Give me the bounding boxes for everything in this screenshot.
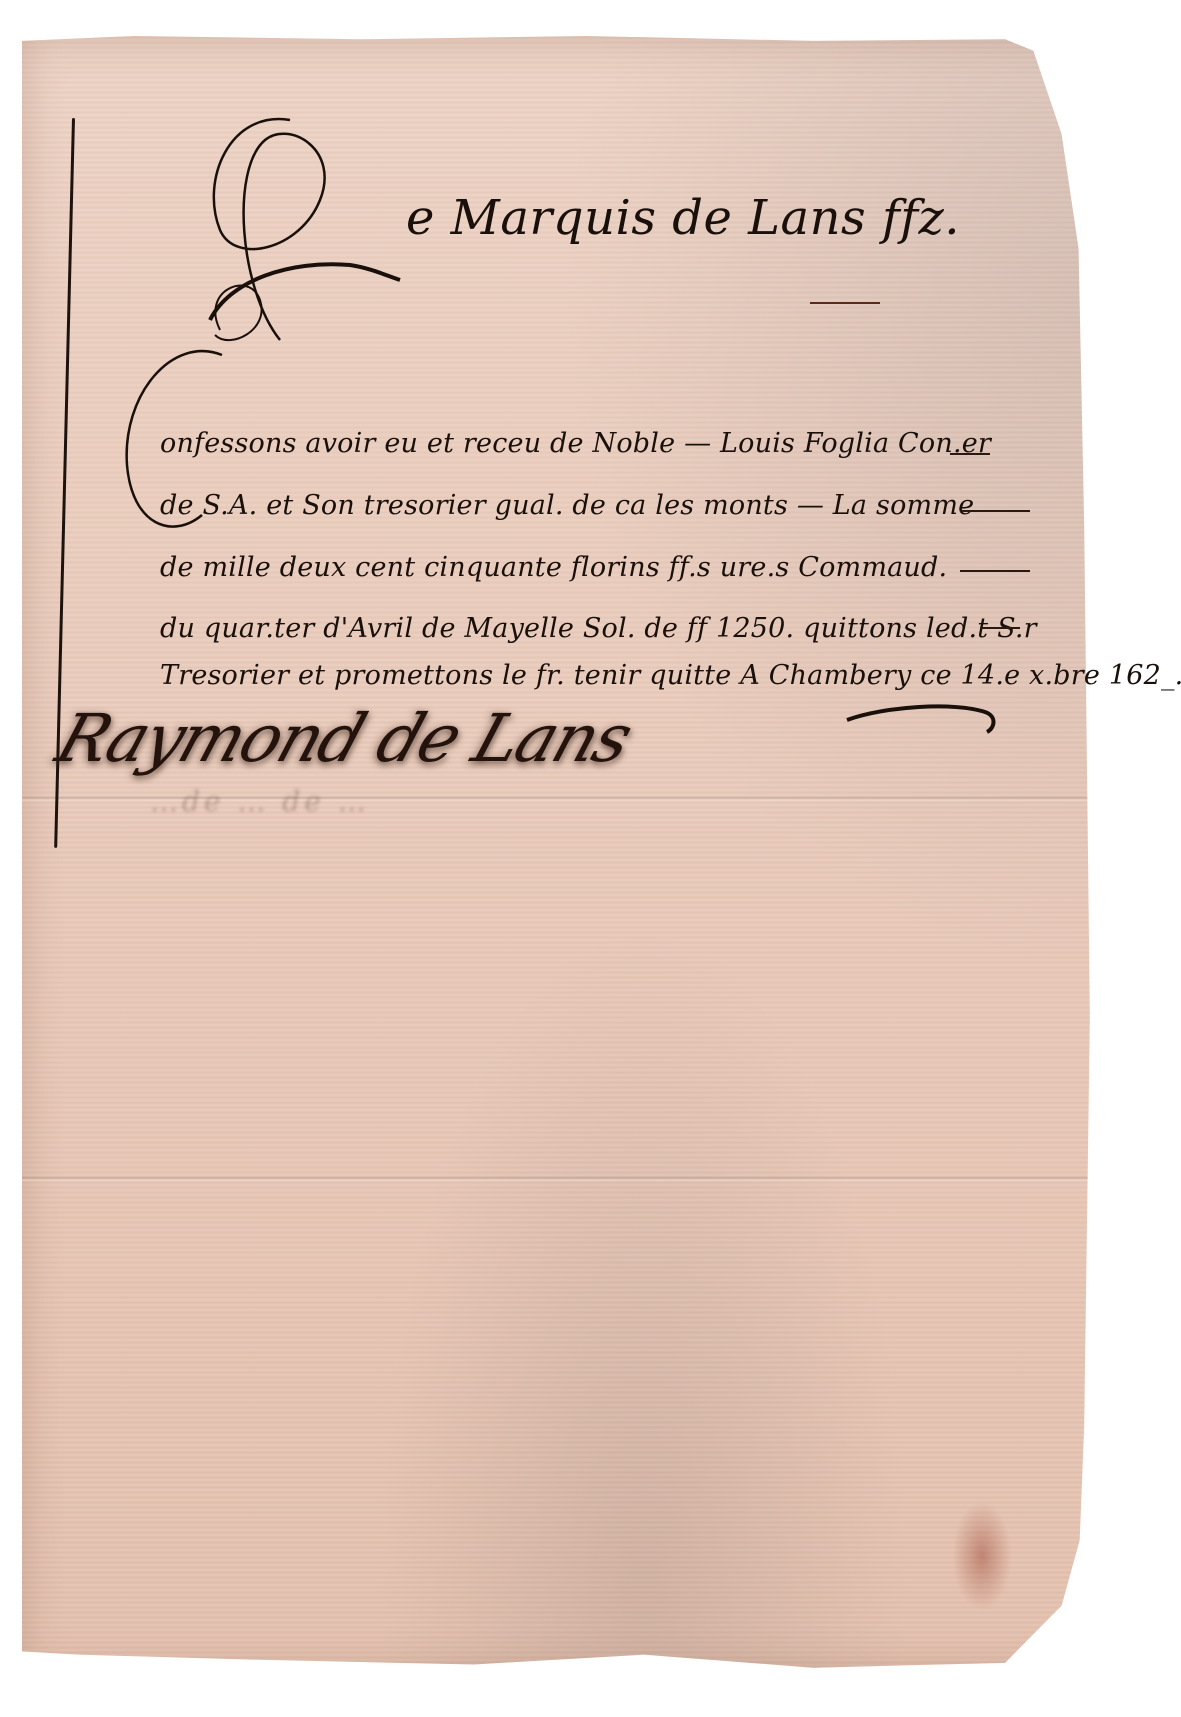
line-filler-stroke	[960, 570, 1030, 572]
heading-underline-stroke	[810, 302, 880, 304]
body-line-1: onfessons avoir eu et receu de Noble — L…	[160, 428, 991, 459]
body-line-5: Tresorier et promettons le fr. tenir qui…	[160, 660, 1181, 691]
heading-trailing-mark: ffz.	[882, 190, 960, 246]
line-filler-stroke	[960, 510, 1030, 512]
flourish-initial-icon	[170, 90, 410, 360]
body-line-2: de S.A. et Son tresorier gual. de ca les…	[160, 490, 974, 521]
line-filler-stroke	[950, 453, 990, 455]
edge-stain	[952, 1501, 1012, 1611]
ink-offset-bleed: …de … de …	[150, 785, 370, 818]
body-line-4: du quar.ter d'Avril de Mayelle Sol. de f…	[160, 613, 1037, 644]
heading-text: e Marquis de Lans	[406, 190, 866, 246]
line-filler-stroke	[980, 627, 1020, 629]
body-line-3: de mille deux cent cinquante florins ff.…	[160, 552, 947, 583]
document-heading: e Marquis de Lans ffz.	[406, 190, 960, 246]
signature: Raymond de Lans	[47, 700, 640, 777]
paper-fold-line	[22, 1176, 1152, 1182]
closing-flourish-icon	[845, 700, 1005, 740]
